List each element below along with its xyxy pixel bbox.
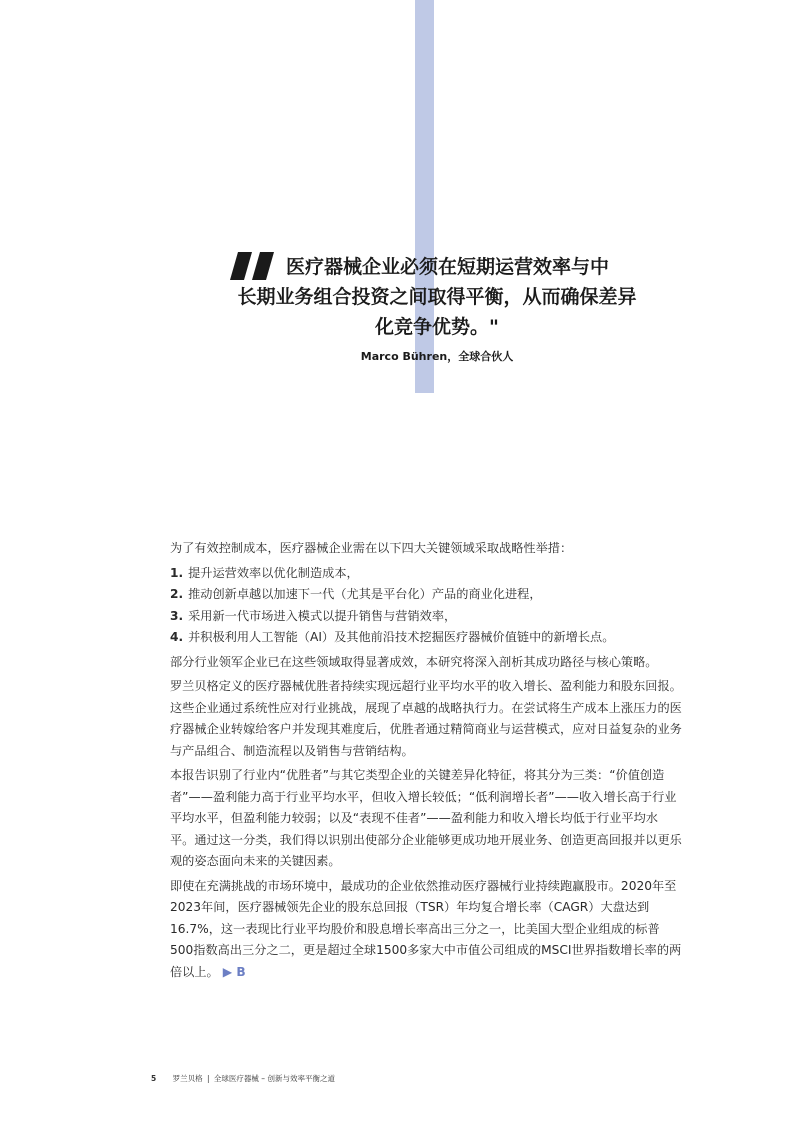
pull-quote: 医疗器械企业必须在短期运营效率与中 长期业务组合投资之间取得平衡，从而确保差异 …: [222, 252, 652, 364]
quote-line: 化竞争优势。": [222, 312, 652, 342]
paragraph: 部分行业领军企业已在这些领域取得显著成效，本研究将深入剖析其成功路径与核心策略。: [170, 652, 682, 674]
paragraph: 即使在充满挑战的市场环境中，最成功的企业依然推动医疗器械行业持续跑赢股市。202…: [170, 876, 682, 984]
document-title: 全球医疗器械 – 创新与效率平衡之道: [214, 1074, 335, 1083]
quote-line: 长期业务组合投资之间取得平衡，从而确保差异: [222, 282, 652, 312]
intro-paragraph: 为了有效控制成本，医疗器械企业需在以下四大关键领域采取战略性举措：: [170, 538, 682, 560]
measures-list: 1.提升运营效率以优化制造成本， 2.推动创新卓越以加速下一代（尤其是平台化）产…: [170, 563, 682, 649]
body-text: 为了有效控制成本，医疗器械企业需在以下四大关键领域采取战略性举措： 1.提升运营…: [170, 538, 682, 986]
double-quote-icon: [230, 252, 276, 280]
paragraph: 罗兰贝格定义的医疗器械优胜者持续实现远超行业平均水平的收入增长、盈利能力和股东回…: [170, 676, 682, 762]
quote-text: 医疗器械企业必须在短期运营效率与中 长期业务组合投资之间取得平衡，从而确保差异 …: [222, 252, 652, 342]
footer-separator: |: [207, 1074, 210, 1083]
quote-line: 医疗器械企业必须在短期运营效率与中: [222, 252, 652, 282]
paragraph: 本报告识别了行业内“优胜者”与其它类型企业的关键差异化特征，将其分为三类：“价值…: [170, 765, 682, 873]
list-item: 4.并积极利用人工智能（AI）及其他前沿技术挖掘医疗器械价值链中的新增长点。: [170, 627, 682, 649]
page-number: 5: [151, 1074, 156, 1083]
list-item: 2.推动创新卓越以加速下一代（尤其是平台化）产品的商业化进程，: [170, 584, 682, 606]
page-footer: 5 罗兰贝格 | 全球医疗器械 – 创新与效率平衡之道: [151, 1073, 335, 1084]
list-item: 1.提升运营效率以优化制造成本，: [170, 563, 682, 585]
publisher: 罗兰贝格: [173, 1074, 203, 1083]
list-item: 3.采用新一代市场进入模式以提升销售与营销效率，: [170, 606, 682, 628]
quote-attribution: Marco Bühren，全球合伙人: [222, 348, 652, 364]
figure-reference-link[interactable]: ▶ B: [223, 965, 246, 979]
